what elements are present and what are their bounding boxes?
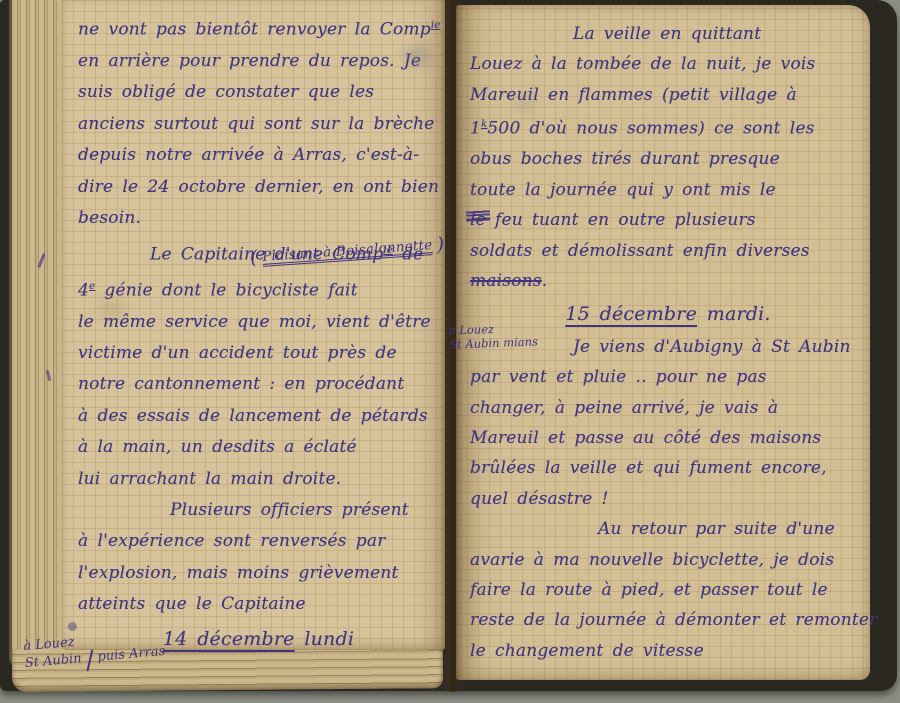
notebook-scan: ne vont pas bientôt renvoyer la Compieen… [0, 0, 900, 703]
handwritten-line: anciens surtout qui sont sur la brèche [78, 109, 439, 140]
handwritten-line: maisons. [470, 266, 866, 296]
left-page: ne vont pas bientôt renvoyer la Compieen… [62, 0, 445, 650]
text-segment: suis obligé de constater que les [78, 82, 374, 102]
handwritten-line: le changement de vitesse [470, 636, 866, 666]
text-segment: soldats et démolissant enfin diverses [470, 241, 810, 261]
handwritten-line: Mareuil et passe au côté des maisons [470, 423, 866, 453]
text-segment: 15 décembre [565, 303, 697, 325]
insertion-paren-open: ( [249, 246, 258, 268]
handwritten-line: obus boches tirés durant presque [470, 144, 866, 174]
text-segment: atteints que le Capitaine [78, 594, 306, 614]
text-segment: ne vont pas bientôt renvoyer la Comp [78, 20, 431, 40]
handwritten-line: 1k500 d'où nous sommes) ce sont les [470, 110, 866, 144]
page-edges-left [9, 0, 65, 668]
text-segment: le [470, 205, 486, 235]
handwritten-line: dire le 24 octobre dernier, en ont bien [78, 172, 439, 203]
text-segment: à des essais de lancement de pétards [78, 406, 428, 426]
handwritten-line: lui arrachant la main droite. [78, 464, 439, 495]
handwritten-line: notre cantonnement : en procédant [78, 369, 439, 400]
text-segment: anciens surtout qui sont sur la brèche [78, 114, 434, 134]
handwritten-line: La veille en quittant [470, 19, 866, 49]
text-segment: dire le 24 octobre dernier, en ont bien [78, 177, 439, 197]
text-segment: obus boches tirés durant presque [470, 149, 780, 169]
text-segment: besoin. [78, 208, 141, 228]
handwritten-line: brûlées la veille et qui fument encore, [470, 453, 866, 483]
handwritten-line: à la main, un desdits a éclaté [78, 432, 439, 463]
handwritten-line: Plusieurs officiers présent [78, 495, 439, 526]
text-segment: le changement de vitesse [470, 641, 704, 661]
handwritten-line: par vent et pluie .. pour ne pas [470, 362, 866, 392]
text-segment: l'explosion, mais moins grièvement [78, 563, 399, 583]
handwritten-line: à l'expérience sont renversés par [78, 526, 439, 557]
text-segment: changer, à peine arrivé, je vais à [470, 398, 778, 418]
text-segment: lui arrachant la main droite. [78, 469, 341, 489]
text-segment: quel désastre ! [470, 489, 609, 509]
text-segment: La veille en quittant [573, 24, 761, 44]
text-segment: avarie à ma nouvelle bicyclette, je dois [470, 550, 834, 570]
text-segment: Mareuil en flammes (petit village à [470, 85, 797, 105]
text-segment: génie dont le bicycliste fait [95, 280, 357, 300]
text-segment: notre cantonnement : en procédant [78, 374, 404, 394]
right-margin-note: à Louez St Aubin mians [449, 320, 539, 351]
handwritten-line: quel désastre ! [470, 484, 866, 514]
handwritten-line: soldats et démolissant enfin diverses [470, 236, 866, 266]
left-page-text: ne vont pas bientôt renvoyer la Compieen… [78, 10, 439, 650]
handwritten-line: 4e génie dont le bicycliste fait [78, 271, 439, 307]
text-segment: Au retour par suite d'une [598, 519, 835, 539]
handwritten-line: toute la journée qui y ont mis le [470, 175, 866, 205]
text-segment: depuis notre arrivée à Arras, c'est-à- [78, 145, 419, 165]
handwritten-line: depuis notre arrivée à Arras, c'est-à- [78, 140, 439, 171]
right-page-text: La veille en quittantLouez à la tombée d… [470, 19, 866, 680]
handwritten-line: reste de la journée à démonter et remont… [470, 605, 866, 635]
text-segment: 500 d'où nous sommes) ce sont les [487, 119, 814, 139]
text-segment: faire la route à pied, et passer tout le [470, 580, 828, 600]
handwritten-line: victime d'un accident tout près de [78, 338, 439, 369]
text-segment: . [542, 271, 548, 291]
handwritten-line: en arrière pour prendre du repos. Je [78, 46, 439, 77]
handwritten-line: avarie à ma nouvelle bicyclette, je dois [470, 545, 866, 575]
text-segment: Plusieurs officiers présent [170, 500, 409, 520]
insertion-paren-close: ) [436, 233, 445, 255]
text-segment: mardi. [697, 303, 771, 325]
handwritten-line: atteints que le Capitaine [78, 589, 439, 620]
text-segment: toute la journée qui y ont mis le [470, 180, 776, 200]
handwritten-line: suis obligé de constater que les [78, 77, 439, 108]
handwritten-line: faire la route à pied, et passer tout le [470, 575, 866, 605]
text-segment: maisons [470, 271, 542, 291]
text-segment: 1 [470, 119, 481, 139]
text-segment: à l'expérience sont renversés par [78, 531, 386, 551]
text-segment: le même service que moi, vient d'être [78, 312, 431, 332]
handwritten-line: le feu tuant en outre plusieurs [470, 205, 866, 235]
text-segment: lundi [295, 628, 355, 650]
handwritten-line: Louez à la tombée de la nuit, je vois [470, 49, 866, 79]
handwritten-line: à des essais de lancement de pétards [78, 401, 439, 432]
text-segment: 4 [78, 280, 89, 300]
text-segment: en arrière pour prendre du repos. Je [78, 51, 421, 71]
text-segment: par vent et pluie .. pour ne pas [470, 367, 767, 387]
handwritten-line: changer, à peine arrivé, je vais à [470, 393, 866, 423]
handwritten-line: l'explosion, mais moins grièvement [78, 558, 439, 589]
text-segment: Mareuil et passe au côté des maisons [470, 428, 821, 448]
text-segment: Louez à la tombée de la nuit, je vois [470, 54, 815, 74]
text-segment: feu tuant en outre plusieurs [486, 210, 756, 230]
text-segment: reste de la journée à démonter et remont… [470, 610, 878, 630]
handwritten-line: besoin. [78, 203, 439, 234]
text-segment: 14 décembre [163, 628, 295, 650]
text-segment: ie [431, 20, 441, 31]
text-segment: à la main, un desdits a éclaté [78, 437, 357, 457]
handwritten-line: ne vont pas bientôt renvoyer la Compie [78, 10, 439, 46]
text-segment: victime d'un accident tout près de [78, 343, 397, 363]
handwritten-line: Mareuil en flammes (petit village à [470, 80, 866, 110]
text-segment: brûlées la veille et qui fument encore, [470, 458, 827, 478]
handwritten-line: Au retour par suite d'une [470, 514, 866, 544]
handwritten-line: le même service que moi, vient d'être [78, 307, 439, 338]
text-segment: Je viens d'Aubigny à St Aubin [573, 337, 851, 357]
